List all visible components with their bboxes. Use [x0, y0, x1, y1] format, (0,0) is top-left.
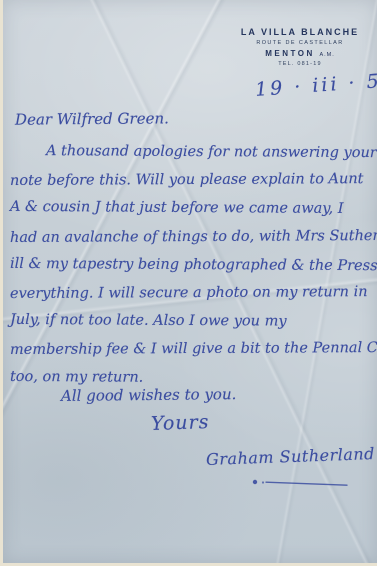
letter-date: 19 · iii · 58 — [254, 69, 377, 101]
body-line: note before this. Will you please explai… — [10, 165, 376, 195]
scanned-letter-page: LA VILLA BLANCHE ROUTE DE CASTELLAR MENT… — [0, 0, 377, 566]
letterhead-street: ROUTE DE CASTELLAR — [235, 40, 365, 46]
body-line: had an avalanche of things to do, with M… — [10, 222, 376, 252]
body-line: everything. I will secure a photo on my … — [10, 278, 376, 308]
letterhead-villa-name: LA VILLA BLANCHE — [235, 27, 365, 37]
body-line: membership fee & I will give a bit to th… — [10, 334, 376, 364]
letterhead-city-name: MENTON — [265, 49, 315, 58]
body-line: A thousand apologies for not answering y… — [10, 137, 376, 167]
body-line: July, if not too late. Also I owe you my — [10, 306, 376, 336]
signature-flourish — [251, 477, 349, 489]
body-line: ill & my tapestry being photographed & t… — [10, 250, 376, 280]
letterhead: LA VILLA BLANCHE ROUTE DE CASTELLAR MENT… — [235, 27, 365, 67]
signature: Graham Sutherland — [206, 444, 375, 469]
body-line: A & cousin J that just before we came aw… — [10, 193, 376, 223]
letterhead-telephone: TEL. 081-19 — [235, 61, 365, 67]
letterhead-city: MENTON A.M. — [235, 49, 365, 58]
closing-line: All good wishes to you. — [61, 385, 237, 405]
letter-body: A thousand apologies for not answering y… — [10, 138, 376, 392]
letter-paper: LA VILLA BLANCHE ROUTE DE CASTELLAR MENT… — [3, 0, 377, 563]
valediction: Yours — [151, 411, 210, 435]
letterhead-city-suffix: A.M. — [319, 52, 334, 58]
salutation: Dear Wilfred Green. — [15, 109, 169, 128]
